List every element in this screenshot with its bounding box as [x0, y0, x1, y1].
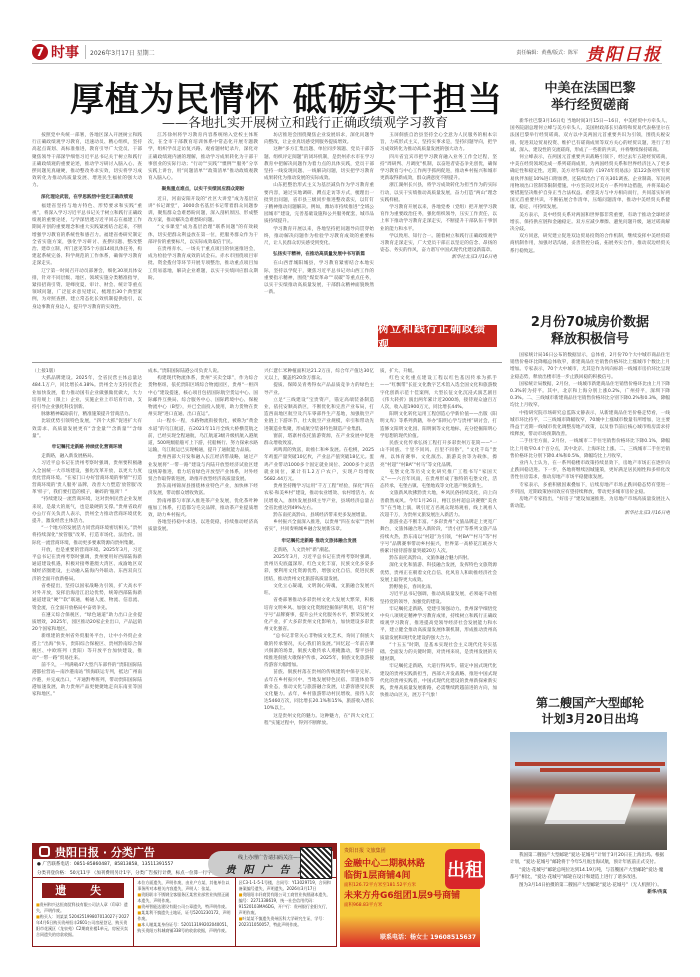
notice-item: ■本人谢某某身份证号：520113199202040051，购买贵阳万科城商铺3… — [137, 922, 231, 934]
section-subhead: 聚焦重点难点，以实干实绩回应群众期盼 — [148, 186, 258, 193]
lead-column-3: 坊店推进会围绕聚焦企业发展诉求，深化问题导向整改，让企业真切感受到服务提质增效。… — [264, 132, 374, 358]
paragraph: 成本。”贵阳国际陆港公司负责人说。 — [148, 368, 258, 375]
paragraph: 红色文化重点建设工程以红色基因传承为抓手——“红飘带”长征文化数字艺术馆入选全国… — [380, 375, 497, 411]
classified-column-3: 区C3-1-1-5-1号楼，合同号：Y13029719，合同和备案编号遗失，声明… — [236, 878, 336, 946]
paragraph: 苗族、侗族村落在贵州的传统建筑中保存完好。去年在乡村振兴中，当地发展特色民宿、非… — [264, 669, 374, 712]
paragraph: “十五五”时期，是基本实现社会主义现代化夯实基础、全面发力的关键时期，对贵州来说… — [380, 642, 497, 664]
paragraph: 国家统计局数据，2月份，一线城市新建商品住宅销售价格环比由上月下降0.3%转为持… — [510, 381, 670, 410]
section-subhead: 弘扬实干精神，在推动高质量发展中书写新篇 — [264, 251, 374, 258]
jump-column-4: 质，扩大、升级。 红色文化重点建设工程以红色基因传承为抓手——“红飘带”长征文化… — [380, 368, 497, 838]
paragraph: 在贵州赤水，一场关于重点项目的快速推进会，成为检验学习教育成效的试金石。赤水市围… — [148, 246, 258, 282]
gantry-crane — [515, 762, 665, 766]
paragraph: 坊店推进会围绕聚焦企业发展诉求，深化问题导向整改，让企业真切感受到服务提质增效。 — [264, 132, 374, 146]
classified-column-1: 遗 失 ■贵州和兴达恒商贸科技有限公司法人章（印章）遗失，声明作废。 ■购买人：… — [33, 878, 134, 946]
jump-column-2: 成本。”贵阳国际陆港公司负责人说。 构建现代物流体系，贵州“买卖全球”，作为综合… — [148, 368, 258, 838]
paper-logo-icon — [39, 846, 50, 857]
paragraph: 贵州西部大开发和融入长江经济带战略，通过产业发展将“一带一路”建设与内陆开放型经… — [148, 454, 258, 483]
paragraph: 玉屏侗族自治县坚持全心全意为人民服务的根本宗旨，力戒形式主义，坚持实事求是，坚持… — [380, 132, 497, 154]
notice-item: 本位方面遗失，声明作废，由业户方某，其他单位以事务所对本相关内容遗失，声明人：张… — [137, 880, 231, 892]
lead-column-4: 玉屏侗族自治县坚持全心全意为人民服务的根本宗旨，力戒形式主义，坚持实事求是，坚持… — [380, 132, 497, 322]
paragraph: 在遵义综合保税区，“绿色通道”助力出口企业提质增效，2025年，园区推动20家企… — [32, 612, 142, 634]
classified-columns: 遗 失 ■贵州和兴达恒商贸科技有限公司法人章（印章）遗失，声明作废。 ■购买人：… — [33, 878, 336, 946]
paper-logo: 贵阳日报 — [586, 40, 662, 65]
paragraph: 双方同意，研究建立促进双边贸易投资的合作机制，继续发挥中美经贸磋商机制作用，加强… — [510, 233, 670, 255]
paragraph: 质，扩大、升级。 — [380, 368, 497, 375]
property-2-title: 未来方舟G6组团1层9号商铺 — [340, 890, 480, 902]
dateline-source: 新华社北京3月16日电 — [510, 510, 670, 517]
paragraph: 大抓品牌建设。2025年，全省民营主体总量达484.1万户，同比增长4.38%。… — [32, 375, 142, 411]
paragraph: 构建现代物流体系，贵州“买卖全球”，作为综合货物枢纽，依托贵阳区域综合物流园区，… — [148, 375, 258, 418]
theme-banner: 树立和践行正确政绩观 — [378, 325, 497, 347]
notice-item: ■购买人：刘某某 520425199807013027于2027年4月6日购买贵… — [36, 914, 130, 938]
title-line: 中美在法国巴黎 — [510, 80, 670, 97]
paragraph: 牢记嘱托走新路，党建引领强动力。贵州深学细悟党中央八项规定精神学习教育成果，持续… — [380, 606, 497, 642]
paragraph: 脉脉精神砥砺前行，精准施策提升营商活力。 — [32, 411, 142, 418]
side-story-2-title: 2月份70城房价数据 释放积极信号 — [510, 314, 670, 348]
property-2-area: 面积968.83平方米 — [340, 902, 480, 910]
paragraph: 窗前，塔寨村依托旅游资源，在产业发展中促进群众增收致富。 — [264, 433, 374, 447]
paragraph: 乡村振兴全面深入推进，以贵州“四在农家”“贵州省实”，共同奏响城乡融合发展新乐章… — [264, 519, 374, 533]
lead-column-2: 江苏徐州将学习教育内容系统纳入党校主体班次，在全市干部教育培训体系中常态化开展专… — [148, 132, 258, 358]
title-line: 释放积极信号 — [510, 331, 670, 348]
paragraph: 鸡鸣霄的致富，助推仁和乡发展。在松桃，2025年鸡蛋产量突破10亿枚，产业总产值… — [264, 447, 374, 483]
section-divider — [32, 362, 502, 363]
paragraph: 前不久，一列满载47大型汽车部件的“贵阳国际陆港都拉营站—南沙港南站”铁海联运专… — [32, 662, 142, 698]
caption-paragraph: 图为3月14日拍摄的第二艘国产大型邮轮“爱达·花城号”（无人机照片）。 — [510, 882, 667, 889]
notice-item: ■叶某某不慎遗失贵州医科大学研究生证，学号：202311050057，特此声明作… — [239, 916, 333, 928]
paragraph: 山东把整治形式主义为基层减负作为学习教育重要内容，通过实地调研、蹲点走访等方式，… — [264, 182, 374, 225]
gantry-crane — [540, 768, 660, 772]
notice-item: ■贵阳联丰不锈钢全客服务区某营业部营业执照正副本遗失，声明作废。 — [137, 892, 231, 904]
side-story-3-title: 第二艘国产大型邮轮 计划3月20日出坞 — [510, 695, 670, 727]
classified-column-2: 本位方面遗失，声明作废，由业户方某，其他单位以事务所对本相关内容遗失，声明人：张… — [134, 878, 235, 946]
title-line: 举行经贸磋商 — [510, 97, 670, 114]
paragraph: “持续建设一流营商环境，这对贵州民营企业发展来说，是最大的底气，也是最硬的支撑。… — [32, 496, 142, 525]
section-subhead: 深化理论武装，在学思践悟中坚定正确政绩观 — [32, 194, 142, 201]
title-line: 计划3月20日出坞 — [510, 711, 670, 727]
paragraph: 省委提出，坚持以国家战略为引领，扩大高水平对外开放，发挥沿海沿江沿边优势，统筹西… — [32, 583, 142, 612]
paragraph: 习近平总书记强调，推动高质量发展，必须毫不动摇坚持党的领导，加强党的建设。 — [380, 591, 497, 605]
paragraph: 牢记嘱托走新路，大道行得风华。锚定中国式现代化建设的贵州实践新担当，西部大开发战… — [380, 663, 497, 699]
paragraph: 开放，也是重要的营商环境。2025年3月，习近平总书记在贵州考察时强调，贵州要用… — [32, 547, 142, 583]
paragraph: 何立峰表示，在两国元首重要共识战略引领下，经过去年五轮经贸磋商，中美在经贸领域达… — [510, 154, 670, 212]
paragraph: 黔野驰长，春风化雨。 — [380, 584, 497, 591]
jump-column-3: 兴仁薏仁米种植面积达21.2万亩，综合年产值达30亿元以上，覆盖约20余万群众。… — [264, 368, 374, 838]
paragraph: 中指研究院市场研究总监陈文静表示，从新建商品住宅价格走势看，一线城市环比持平，二… — [510, 410, 670, 439]
paragraph: 比较优势引领特色发展，“四个大抓”促进扩大有效需求、高质量发展更有“含金量”“含… — [32, 418, 142, 440]
rental-contact: 联系电话：杨女士 19608515637 — [380, 932, 476, 941]
lost-notice-label: 遗 失 — [42, 883, 124, 898]
paragraph: 文旅新风吹拂黔贵大地，乡风民俗持续美化，向上向善蔚然成风。今年1月26日，榕江县… — [380, 490, 497, 519]
paragraph: 辽宁第一时间召开动员部署会，细化30项具体安排，针对不同层级、地区、领域实施分类… — [32, 268, 142, 311]
paragraph: 房地产专家指出，“好房子”建设加速推进，为房地产市场高质量发展注入新动能。 — [510, 496, 670, 510]
paragraph: 新华社巴黎3月16日电 当地时间3月15日—16日，中美经贸中方牵头人、国务院副… — [510, 118, 670, 154]
side-story-1-body: 新华社巴黎3月16日电 当地时间3月15日—16日，中美经贸中方牵头人、国务院副… — [510, 118, 670, 302]
paragraph: 省委部署推动多彩贵州文化大发展大繁荣，积极培育文明乡风、加强文化资源挖掘保护利用… — [264, 597, 374, 633]
title-line: 第二艘国产大型邮轮 — [510, 695, 670, 711]
section-subhead: 牢记嘱托走新路 推动文旅体融合发展 — [264, 538, 374, 545]
rental-ad: 贵阳日报 文旅集团 金融中心二期枫林路 临街1层商铺4间 面积126.72平方米… — [340, 843, 480, 947]
paragraph: 黔东南托高黔山，县域经济带来更多发展增量。 — [264, 512, 374, 519]
paragraph: 深化文化和旅游、科技融合发展，发挥特色文旅资源优势，贵州正在朝着文化自信、化风育… — [380, 562, 497, 584]
paragraph: 立足“三线建设”宝贵资产，锚定高端装备制造业，依托安顺高新区，不断优化和完善产业… — [264, 397, 374, 433]
paragraph: 国家统计局16日公布的数据显示，总体看，2月份70个大中城市商品住宅销售价格环比… — [510, 352, 670, 381]
paragraph: 近日，河南安阳开设的“社区大讲堂”成为基层宣讲“书记课堂”，3000余名基层书记… — [148, 196, 258, 225]
paragraph: 四川省宜宾市把学习教育融入业务工作全过程，坚持“周研判、月调度”机制，以奋进者姿… — [380, 154, 497, 183]
paragraph: 按照党中央统一部署，各地区深入开展树立和践行正确政绩观学习教育，迅速动员、精心组… — [32, 132, 142, 190]
lead-column-1: 按照党中央统一部署，各地区深入开展树立和践行正确政绩观学习教育，迅速动员、精心组… — [32, 132, 142, 358]
banner-text: 贵阳日报 · 分类广告 — [55, 844, 155, 860]
page-number-badge: 7 — [32, 44, 48, 60]
paragraph: 专家表示，多重积极因素叠加下，后续房地产市场止跌回稳态势有望进一步巩固，近期政策… — [510, 482, 670, 496]
paragraph: 黔南州都匀市深入推进茶产业发展，优化茶叶种植加工体系，打造都匀毛尖品牌，推动茶产… — [148, 498, 258, 520]
paragraph: 阳明文化转化运用工程创造心学新价值——出版《阳明文库》等系列典籍，举办“阳明心学… — [380, 411, 497, 440]
continued-marker: （上接1版） — [32, 368, 142, 375]
title-line: 2月份70城房价数据 — [510, 314, 670, 331]
paragraph: 提质、保障吴青秀得农产品品质竞争力的绿色主导产业。 — [264, 382, 374, 396]
caption-paragraph: “爱达·花城号”邮轮总吨位达到14.19万吨，与首艘国产大型邮轮“爱达·魔都号”… — [510, 867, 667, 882]
paragraph: 在山西晋城阳城县，学习教育紧密结合本地实际，坚持以学促干，聚焦习近平总书记对山西… — [264, 260, 374, 296]
paragraph: 兴仁薏仁米种植面积达21.2万亩，综合年产值达30亿元以上，覆盖约20余万群众。 — [264, 368, 374, 382]
notice-item: ■某某利不慎遗失土地证，证号5201230172，声明作废。 — [137, 910, 231, 922]
paragraph: 福建省坚持与地方特色、形势要求和实践“重视”，将深入学习习近平总书记关于树立和践… — [32, 203, 142, 268]
paragraph: 民族文化传承弘扬工程打开多彩贵州万花筒——“一山不同族、十里不同风、百里不同俗”… — [380, 440, 497, 469]
paragraph: 各地坚持稳中求进、以进促稳，持续推动经济高质量发展。 — [148, 519, 258, 533]
photo-caption: 我国第二艘国产大型邮轮“爱达·花城号”计划于3月20日在上海出坞。根据计划，“爱… — [510, 852, 667, 896]
notice-item: ■贵州和兴达恒商贸科技有限公司法人章（印章）遗失，声明作废。 — [36, 902, 130, 914]
issue-date: 2026年3月17日 星期二 — [85, 45, 155, 59]
qr-code-icon[interactable] — [300, 847, 332, 879]
paragraph: 文化立心凝魂，文明润心铸魂，文旅融合发展兴旺。 — [264, 583, 374, 597]
paragraph: 旅游业态不断丰富。“多彩贵州”文旅品牌走上更宽广舞台，文旅体融合进入新阶段，“贵… — [380, 519, 497, 555]
editor-credits: 责任编辑：黄燕/版式：陈军 — [516, 49, 578, 56]
paragraph: 学习教育开展以来，各地党委（党组）把开展学习教育作为重要政治任务，强化组织领导，… — [380, 204, 497, 233]
paragraph: 黔东南托高黔山，文旅体融合魅力四射。 — [380, 555, 497, 562]
cruise-ship-photo — [510, 732, 667, 850]
paragraph: 这种“多方汇集出题、单位同步领题、党员干部答题、组织评定阅题”的闭环机制，是贵州… — [264, 146, 374, 182]
page-masthead: 7 时事 2026年3月17日 星期二 责任编辑：黄燕/版式：陈军 贵阳日报 — [32, 40, 662, 64]
paragraph: 二手住宅方面，2月份，一线城市二手住宅销售价格环比下降0.1%，降幅比上月收窄0… — [510, 438, 670, 460]
notice-item: 区C3-1-1-5-1号楼，合同号：Y13029719，合同和备案编号遗失，声明… — [239, 880, 333, 892]
paragraph: 这是贵州文化的魅力。这种魅力，在“四大文化工程”实施过程中，得到不断释放。 — [264, 713, 374, 727]
side-story-2-body: 国家统计局16日公布的数据显示，总体看，2月份70个大中城市商品住宅销售价格环比… — [510, 352, 670, 672]
paragraph: 屯堡文化等历史文化研究推广工程书写“家国天义”——六百年风雨，在贵州形成了独特的… — [380, 469, 497, 491]
paragraph: “一个地方的发展活力同营商环境密切相关。”贵州将持续深化“放管服”改革，打造市场… — [32, 525, 142, 547]
paragraph: 业内人士认为，在一系列稳楼市政策持续显效下，房地产市场正在逐步向止跌回稳迈进。下… — [510, 460, 670, 482]
paragraph: 学以致用、知行合一。随着树立和践行正确政绩观学习教育走深走实，广大党员干部正以坚… — [380, 233, 497, 255]
paragraph: 贵州坚持精学习运用“千万工程”经验，探化“四在农家·和美乡村”建设，推动农业增效… — [264, 483, 374, 512]
classified-ad: 贵阳日报 · 分类广告 线上办理广告请扫码关注—— 贵阳广告通 ● 广告联系电话… — [32, 843, 337, 947]
paragraph: “总书记非常关心非物质文化艺术，询问了侗族大歌的传承情况，关心我们的发展。”回忆… — [264, 633, 374, 669]
dateline-source: 新华社北京3月16日电 — [380, 254, 497, 261]
paragraph: 美方表示，美中经贸关系对两国和世界都非常重要，有助于推动全球经济增长、保持供应链… — [510, 212, 670, 234]
paragraph: 走新路，融入新发展格局。 — [32, 453, 142, 460]
paragraph: 新组建的贵州省外贸服务平台，让中小外贸企业搭上“出海”快车，贵阳综合保税区、贵州… — [32, 633, 142, 662]
side-story-1-title: 中美在法国巴黎 举行经贸磋商 — [510, 80, 670, 114]
paragraph: 山一程水一程，水路物流衔接优化，被称为“黄金水道”的乌江航道，在2021年11月… — [148, 418, 258, 454]
paragraph: 浙江湖州长兴县，将学习成效转化为担当作为的实际行动，以实干实绩推动高质量发展，奋… — [380, 182, 497, 204]
photo-credit: 新华/传真 — [510, 889, 667, 896]
lead-subheadline: ——各地扎实开展树立和践行正确政绩观学习教育 — [162, 112, 448, 131]
section-name: 时事 — [51, 42, 79, 62]
paragraph: “文书课堂”成为基层治理“联系问题”的有效载体，切实把群众利益放在第一位，把服务… — [148, 224, 258, 246]
paragraph: 2025年3月，习近平总书记在贵州考察时强调，贵州历史底蕴深厚，红色文化丰富，民… — [264, 554, 374, 583]
notice-item: ■贵阳阳丰轩商贸有限公司工商营业执照副本遗失，编号：2271338619，统一社… — [239, 892, 333, 916]
paragraph: 江苏徐州将学习教育内容系统纳入党校主体班次，在全市干部教育培训体系中常态化开展专… — [148, 132, 258, 182]
paragraph: 习近平总书记在贵州考察时强调，贵州要积极融入全国统一大市场建设，强化改革开放，以… — [32, 460, 142, 496]
paragraph: 走新路，人文贵州“新”潮起。 — [264, 547, 374, 554]
section-subhead: 牢记嘱托走新路 持续优化营商环境 — [32, 444, 142, 451]
paragraph: 黔东南州锦屏县围绕林业特色产业，加快林下经济发展，带动群众增收致富。 — [148, 483, 258, 497]
for-rent-badge: 出租 — [445, 849, 485, 889]
paragraph: 学习教育开展以来，各地坚持把问题导向贯穿始终，推动解决问题作为检验学习教育成效的… — [264, 226, 374, 248]
jump-column-1: （上接1版） 大抓品牌建设。2025年，全省民营主体总量达484.1万户，同比增… — [32, 368, 142, 838]
cruise-ship — [545, 794, 636, 824]
caption-paragraph: 我国第二艘国产大型邮轮“爱达·花城号”计划于3月20日在上海出坞。根据计划，“爱… — [510, 852, 667, 867]
